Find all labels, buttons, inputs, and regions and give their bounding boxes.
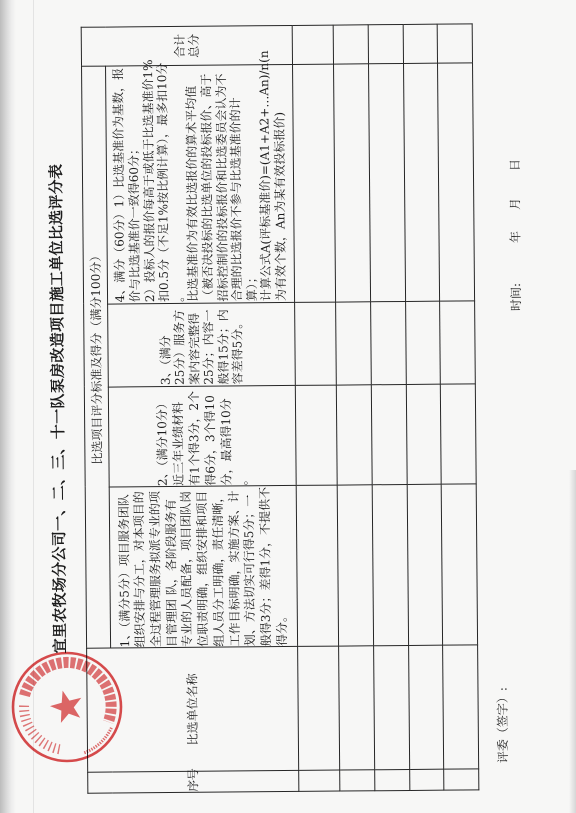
date-month-label: 月	[508, 198, 522, 210]
criterion-text-line: 近三年业绩材料	[170, 387, 187, 486]
row-score-4-cell	[404, 63, 440, 301]
criterion-text-line: 合理的比选报价不参与比选基准价的计	[228, 65, 245, 302]
date-year-label: 年	[508, 231, 522, 243]
row-total-cell	[368, 24, 403, 63]
row-unit-name-cell	[374, 645, 410, 769]
criterion-3-service-plan: 3、（满分25分）服务方案内容完整得25分；内容一般得15分；内容差得5分。	[108, 302, 296, 387]
row-unit-name-cell	[443, 645, 479, 769]
row-seq-cell	[340, 770, 375, 791]
criterion-text-line: 2、（满分10分）	[154, 387, 171, 486]
row-score-1-cell	[441, 484, 477, 645]
row-score-1-cell	[296, 485, 338, 646]
official-seal-icon	[10, 650, 124, 764]
criterion-text-line: 1、（满分5分）项目服务团队	[116, 487, 133, 647]
criterion-text-line: 般得15分；内	[216, 304, 231, 386]
criterion-text-line: 组人员分工明确，责任清晰，	[211, 487, 228, 647]
row-unit-name-cell	[298, 646, 340, 770]
criterion-text-line: 全过程管理服务拟派专业的项	[148, 487, 165, 647]
criterion-text-line: 4、满分（60分）1）比选基准价为基数，报	[111, 66, 128, 303]
row-score-4-cell	[334, 64, 371, 302]
criterion-text-line: 3、（满分	[158, 304, 173, 386]
criterion-text-line: 25分；内容一	[201, 304, 216, 386]
header-total-line: 总分	[187, 27, 201, 65]
row-score-4-cell	[293, 64, 336, 302]
criterion-text-line: （被否决投标的比选单位的投标报价、高于	[199, 66, 216, 303]
date-day-label: 日	[508, 159, 522, 171]
row-total-cell	[333, 25, 368, 64]
row-seq-cell	[444, 769, 479, 790]
row-seq-cell	[410, 769, 444, 790]
criterion-text-line: 容差得5分。	[230, 303, 245, 385]
criterion-text-line: 划、方法切实可行得5分；一	[242, 486, 259, 646]
row-seq-cell	[375, 769, 410, 790]
row-score-1-cell	[407, 484, 442, 645]
row-total-cell	[403, 24, 437, 63]
criterion-text-line: 有1个得3分，2个	[186, 387, 203, 486]
criterion-text-line: 般得3分；差得1分，不提供不	[258, 486, 275, 646]
header-total-line: 合计	[173, 27, 187, 65]
criterion-text-line: 专业的人员配备，项目团队岗	[179, 487, 196, 647]
criterion-4-price-score: 4、满分（60分）1）比选基准价为基数，报价与比选基准价一致得60分；2）投标人…	[106, 64, 295, 304]
row-score-2-cell	[406, 384, 441, 484]
criterion-2-past-performance: 2、（满分10分）近三年业绩材料有1个得3分，2个得6分，3个得10分，最高得1…	[108, 385, 296, 487]
row-unit-name-cell	[339, 646, 375, 770]
criterion-text-line: 为有效个数，An为某有效投标报价)	[272, 65, 289, 302]
judge-signature-label: 评委（签字）:	[495, 687, 510, 763]
row-score-1-cell	[372, 484, 408, 645]
row-score-4-cell	[438, 63, 475, 301]
row-score-3-cell	[295, 302, 337, 385]
row-score-3-cell	[406, 301, 441, 384]
score-table: 序号 比选单位名称 比选项目评分标准及得分（满分100分） 合计 总分 1、（满…	[81, 23, 480, 793]
criterion-text-line: 组织安排与分工，对本项目的	[132, 487, 149, 647]
row-score-4-cell	[369, 63, 406, 301]
table-row	[437, 24, 479, 790]
criterion-text-line: 得分。	[273, 486, 290, 646]
row-unit-name-cell	[409, 645, 444, 769]
criterion-text-line: 25分）服务方	[172, 304, 187, 386]
criterion-text-line: 扣0.5分（不足1%按比例计算），最多扣10分	[155, 66, 172, 303]
criterion-text-line: 案内容完整得	[187, 304, 202, 386]
date-label: 时间:	[509, 283, 523, 311]
criterion-text-line: 位职责明确，组织安排和项目	[195, 487, 212, 647]
row-score-1-cell	[337, 485, 373, 646]
criterion-text-line: 工作目标明确，实施方案、计	[226, 486, 243, 646]
row-total-cell	[292, 25, 333, 64]
criterion-text-line: 分，最高得10分	[218, 386, 235, 485]
criterion-1-team-organization: 1、（满分5分）项目服务团队组织安排与分工，对本项目的全过程管理服务拟派专业的项…	[109, 485, 297, 648]
row-score-3-cell	[371, 301, 407, 384]
criterion-text-line: 计算公式A(评标基准价)=(A1+A2+…An)/n(n	[257, 65, 274, 302]
row-score-3-cell	[440, 301, 476, 384]
row-score-2-cell	[295, 385, 337, 485]
row-total-cell	[437, 24, 472, 63]
row-score-2-cell	[440, 384, 476, 484]
row-score-3-cell	[336, 302, 372, 385]
table-row	[292, 25, 340, 791]
criterion-text-line: 。	[234, 386, 251, 485]
header-seq: 序号	[88, 770, 299, 793]
row-score-2-cell	[336, 385, 372, 485]
row-seq-cell	[299, 770, 340, 791]
criterion-text-line: 得6分，3个得10	[202, 387, 219, 486]
row-score-2-cell	[371, 384, 407, 484]
